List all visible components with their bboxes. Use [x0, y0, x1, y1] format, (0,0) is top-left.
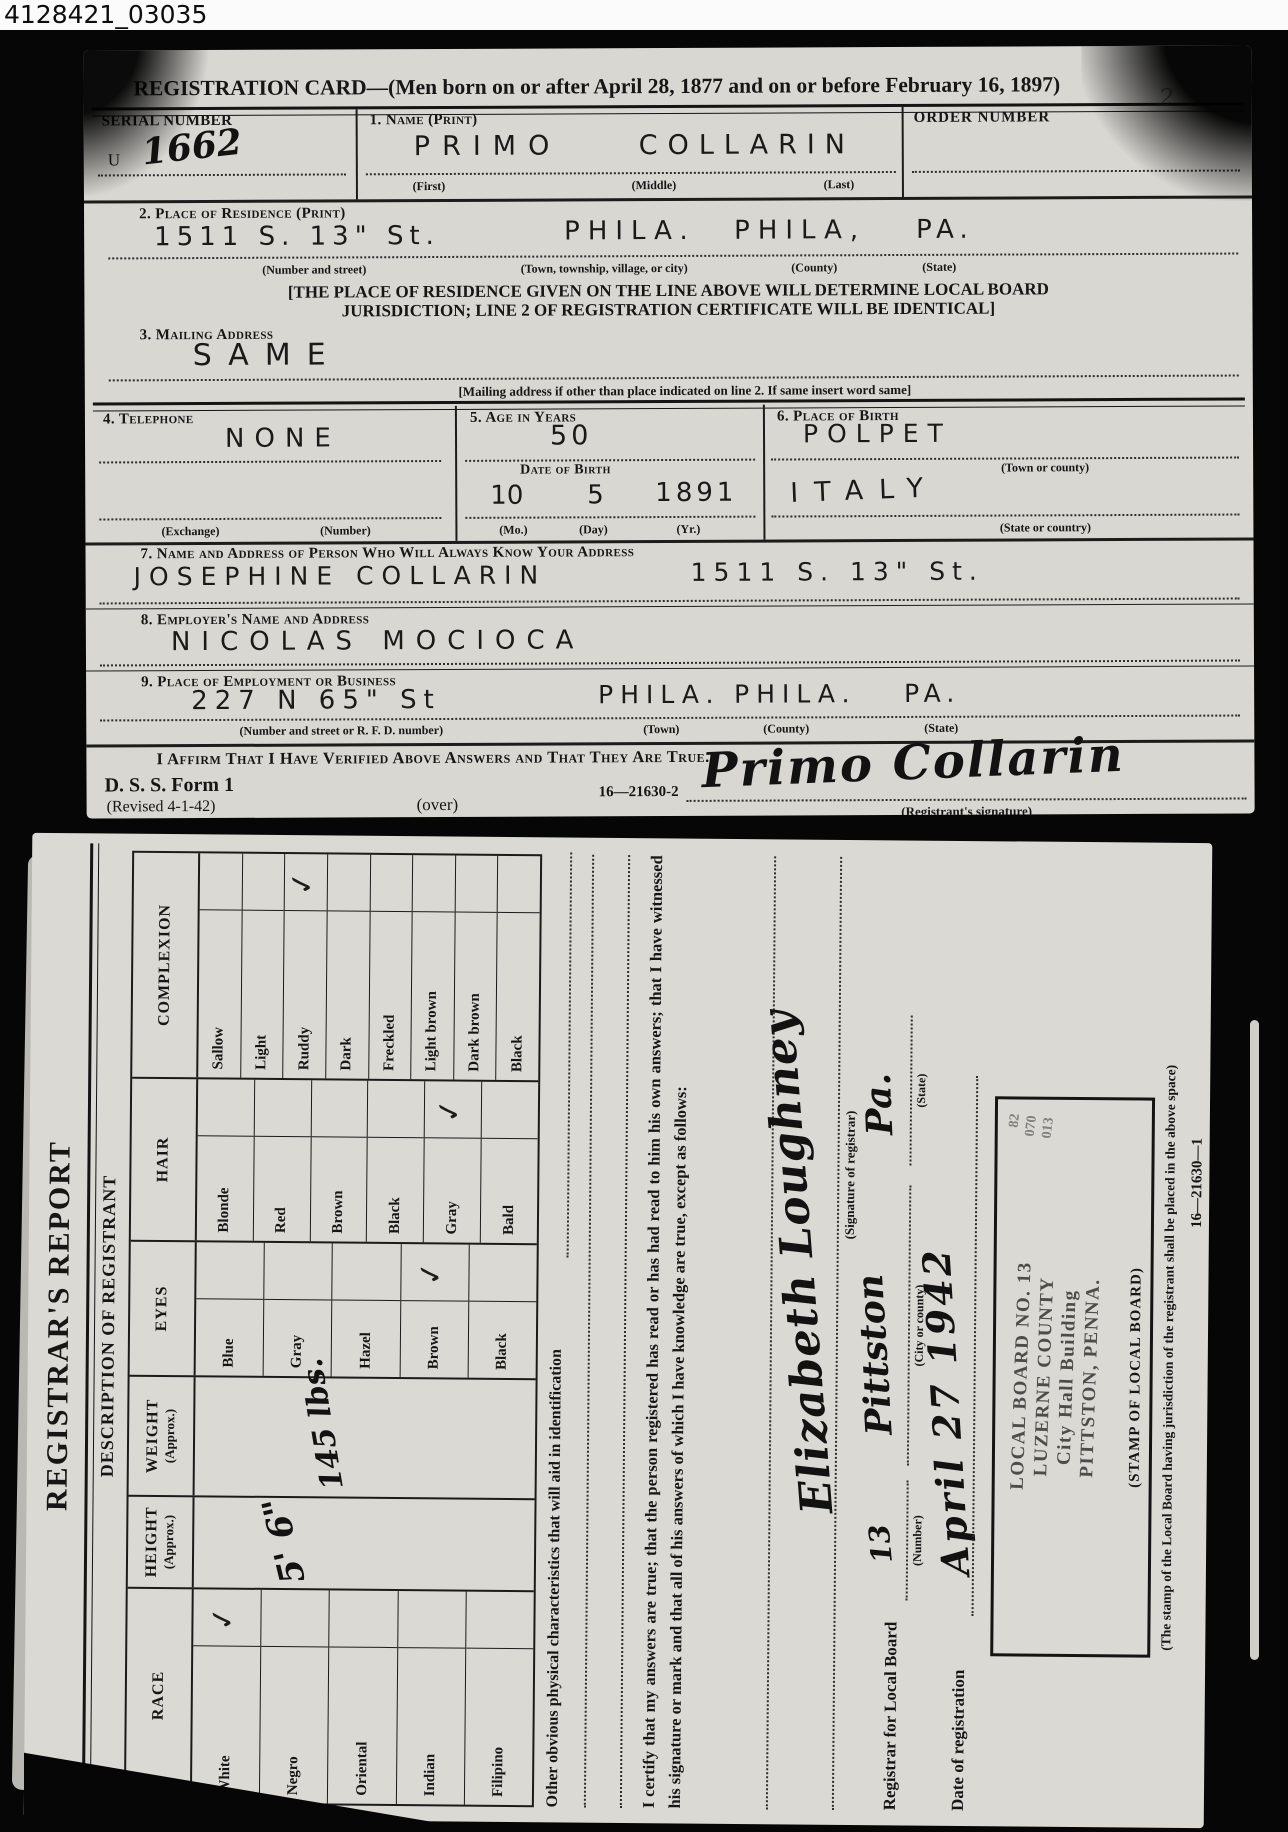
complexion-row-dark: Dark: [326, 854, 371, 1078]
contact-name-value: JOSEPHINE COLLARIN: [134, 561, 547, 592]
caption-county: (County): [744, 260, 884, 276]
registration-state-value: Pa.: [857, 1072, 902, 1136]
dotted-line: [766, 856, 776, 1809]
form-revision: (Revised 4-1-42): [107, 798, 216, 816]
form-number-front: 16—21630-2: [599, 784, 679, 801]
weight-header-text: WEIGHT: [144, 1399, 163, 1474]
caption-year: (Yr.): [643, 522, 733, 537]
dotted-line: [906, 1481, 909, 1601]
hair-row-red: Red: [254, 1080, 312, 1241]
eyes-option-brown: Brown: [400, 1300, 468, 1378]
caption-emp-town: (Town): [611, 722, 711, 737]
contact-address-value: 1511 S. 13" St.: [691, 557, 984, 587]
caption-last: (Last): [784, 177, 894, 192]
scan-burn-corner: [1081, 45, 1254, 201]
hair-row-gray: Gray✓: [424, 1081, 482, 1242]
race-header-text: RACE: [150, 1671, 168, 1720]
registrant-signature: Primo Collarin: [701, 727, 1126, 800]
caption-first: (First): [374, 179, 484, 194]
birth-town-value: POLPET: [803, 419, 952, 449]
dotted-line: [584, 855, 594, 1808]
divider: [86, 665, 1254, 671]
stamp-faint-numbers: 82 070 013: [1005, 1113, 1058, 1140]
telephone-label: 4. Telephone: [103, 411, 194, 428]
complexion-row-black: Black: [497, 856, 541, 1080]
hair-option-blonde: Blonde: [197, 1135, 254, 1240]
jurisdiction-notice-line2: JURISDICTION; LINE 2 OF REGISTRATION CER…: [84, 297, 1252, 322]
description-table: RACE White✓ Negro Oriental Indian Filipi…: [124, 851, 542, 1808]
stamp-number-3: 013: [1039, 1117, 1058, 1140]
complexion-column: COMPLEXION Sallow Light Ruddy✓ Dark Frec…: [132, 853, 540, 1081]
weight-header: WEIGHT (Approx.): [129, 1377, 196, 1496]
dotted-line: [109, 375, 1239, 382]
name-last-value: COLLARIN: [639, 129, 855, 161]
hair-option-bald: Bald: [481, 1138, 538, 1243]
divider: [84, 195, 1252, 203]
caption-emp-county: (County): [726, 721, 846, 737]
dotted-line: [687, 797, 1247, 801]
divider: [93, 397, 1245, 411]
caption-town-or-county: (Town or county): [935, 460, 1155, 476]
residence-street-value: 1511 S. 13" St.: [154, 221, 440, 252]
complexion-option-light: Light: [241, 910, 284, 1078]
mailing-value: SAME: [193, 337, 342, 373]
complexion-option-dark-brown: Dark brown: [454, 912, 497, 1080]
race-option-negro: Negro: [260, 1646, 329, 1804]
race-column: RACE White✓ Negro Oriental Indian Filipi…: [126, 1587, 534, 1806]
divider: [356, 109, 358, 199]
hair-option-gray: Gray: [424, 1137, 481, 1242]
stamp-instruction-note: (The stamp of the Local Board having jur…: [1158, 1048, 1179, 1668]
caption-number: (Number): [280, 523, 410, 539]
complexion-row-freckled: Freckled: [369, 855, 414, 1079]
registrant-signature-caption: (Registrant's signature): [832, 803, 1102, 818]
caption-street-rfd: (Number and street or R. F. D. number): [176, 723, 506, 739]
age-value: 50: [550, 420, 592, 451]
state-caption: (State): [914, 1031, 930, 1151]
registration-city-value: Pittston: [849, 1273, 901, 1436]
dotted-line: [771, 514, 1239, 518]
race-option-white: White: [192, 1645, 261, 1803]
eyes-row-brown: Brown✓: [400, 1244, 469, 1378]
hair-row-brown: Brown: [310, 1080, 368, 1241]
dob-label: Date of Birth: [520, 462, 611, 478]
dob-month-value: 10: [490, 481, 523, 511]
caption-month: (Mo.): [473, 523, 553, 538]
other-characteristics-label: Other obvious physical characteristics t…: [544, 1349, 566, 1808]
eyes-option-blue: Blue: [196, 1298, 264, 1376]
caption-exchange: (Exchange): [120, 524, 260, 540]
eyes-row-gray: Gray: [264, 1243, 333, 1377]
eyes-row-blue: Blue: [196, 1242, 265, 1376]
eyes-header: EYES: [130, 1242, 197, 1376]
weight-approx-caption: (Approx.): [162, 1409, 178, 1463]
registrar-report-rotated-area: REGISTRAR'S REPORT DESCRIPTION OF REGIST…: [24, 833, 1218, 1832]
telephone-value: NONE: [225, 423, 341, 454]
board-number-caption: (Number): [910, 1491, 926, 1591]
dotted-line: [99, 517, 441, 520]
board-number-value: 13: [862, 1523, 899, 1565]
registrar-certification-text: I certify that my answers are true; that…: [636, 855, 696, 1808]
dob-year-value: 1891: [655, 478, 737, 508]
height-approx-caption: (Approx.): [161, 1515, 177, 1569]
local-board-stamp: LOCAL BOARD NO. 13 LUZERNE COUNTY City H…: [1000, 1098, 1111, 1655]
residence-town-value: PHILA.: [564, 216, 696, 247]
check-mark-white: ✓: [204, 1603, 243, 1634]
complexion-option-black: Black: [497, 912, 540, 1080]
height-value: 5' 6": [255, 1493, 314, 1587]
caption-day: (Day): [553, 522, 633, 537]
dotted-line: [465, 516, 755, 519]
employment-town-value: PHILA.: [598, 680, 720, 710]
complexion-row-light: Light: [241, 854, 286, 1078]
employment-county-value: PHILA.: [734, 679, 856, 709]
complexion-row-sallow: Sallow: [198, 853, 243, 1077]
dotted-line: [108, 253, 1238, 260]
dotted-line: [909, 1016, 912, 1166]
dotted-line: [620, 855, 630, 1808]
race-row-indian: Indian: [396, 1591, 466, 1805]
divider: [902, 107, 904, 197]
hair-option-red: Red: [254, 1136, 311, 1241]
race-row-oriental: Oriental: [328, 1590, 398, 1804]
registrar-signature: Elizabeth Loughney: [753, 1008, 843, 1516]
eyes-header-text: EYES: [153, 1286, 171, 1332]
divider: [92, 102, 1244, 116]
weight-column: WEIGHT (Approx.) 145 lbs.: [129, 1375, 536, 1499]
complexion-option-dark: Dark: [326, 910, 369, 1078]
hair-option-brown: Brown: [310, 1136, 367, 1241]
dotted-line: [567, 853, 573, 1258]
form-number-back: 16—21630—1: [1189, 1138, 1207, 1228]
check-mark-ruddy: ✓: [283, 868, 322, 899]
race-option-oriental: Oriental: [328, 1646, 397, 1804]
registrar-report-card: REGISTRAR'S REPORT DESCRIPTION OF REGIST…: [24, 833, 1213, 1828]
caption-town: (Town, township, village, or city): [444, 261, 764, 277]
caption-state-or-country: (State or country): [935, 520, 1155, 536]
eyes-option-gray: Gray: [264, 1299, 332, 1377]
race-row-negro: Negro: [260, 1590, 330, 1804]
scan-burn-corner: [83, 45, 209, 195]
race-header: RACE: [126, 1589, 194, 1803]
residence-state-value: PA.: [916, 215, 974, 245]
local-board-stamp-box: LOCAL BOARD NO. 13 LUZERNE COUNTY City H…: [990, 1096, 1155, 1657]
description-title: DESCRIPTION OF REGISTRANT: [94, 833, 124, 1818]
complexion-header: COMPLEXION: [132, 853, 200, 1078]
caption-state: (State): [874, 260, 1004, 276]
employer-value: NICOLAS MOCIOCA: [171, 625, 585, 657]
check-mark-gray-hair: ✓: [430, 1095, 469, 1126]
race-row-filipino: Filipino: [465, 1592, 534, 1806]
mailing-caption: [Mailing address if other than place ind…: [335, 381, 1035, 400]
dob-day-value: 5: [587, 480, 604, 510]
birth-country-value: ITALY: [790, 472, 940, 509]
hair-column: HAIR Blonde Red Brown Black Gray✓ Bald: [131, 1077, 538, 1244]
eyes-option-hazel: Hazel: [332, 1299, 400, 1377]
complexion-option-light-brown: Light brown: [411, 911, 454, 1079]
complexion-header-text: COMPLEXION: [156, 904, 175, 1026]
divider: [763, 405, 766, 540]
divider: [455, 406, 458, 541]
race-option-indian: Indian: [396, 1647, 465, 1805]
scan-id-label: 4128421_03035: [0, 0, 207, 29]
divider: [86, 603, 1254, 609]
complexion-option-sallow: Sallow: [198, 909, 241, 1077]
hair-header-text: HAIR: [154, 1137, 172, 1183]
hair-row-black: Black: [367, 1081, 425, 1242]
eyes-column: EYES Blue Gray Hazel Brown✓ Black: [130, 1240, 537, 1379]
eyes-row-black: Black: [468, 1245, 536, 1379]
eyes-option-black: Black: [468, 1301, 536, 1379]
residence-county-value: PHILA,: [734, 215, 866, 246]
date-of-registration-label: Date of registration: [948, 1670, 969, 1811]
caption-number-street: (Number and street): [194, 262, 434, 278]
employment-state-value: PA.: [904, 679, 960, 708]
name-label: 1. Name (Print): [370, 112, 478, 129]
height-header: HEIGHT (Approx.): [128, 1497, 195, 1588]
scan-id-bar: 4128421_03035: [0, 0, 1288, 30]
dotted-line: [99, 460, 441, 463]
height-column: HEIGHT (Approx.) 5' 6": [128, 1495, 535, 1591]
height-header-text: HEIGHT: [143, 1506, 162, 1577]
card-title: REGISTRATION CARD—(Men born on or after …: [133, 72, 1233, 102]
complexion-option-ruddy: Ruddy: [283, 910, 326, 1078]
complexion-option-freckled: Freckled: [369, 911, 412, 1079]
board-label: Registrar for Local Board: [880, 1622, 902, 1811]
employment-street-value: 227 N 65" St: [191, 685, 441, 716]
race-option-filipino: Filipino: [465, 1648, 534, 1806]
hair-option-black: Black: [367, 1137, 424, 1242]
card-stack-edge: [1250, 1020, 1259, 1660]
affirmation-text: I Affirm That I Have Verified Above Answ…: [156, 747, 709, 769]
race-row-white: White✓: [192, 1589, 262, 1803]
check-mark-brown-eyes: ✓: [411, 1258, 450, 1289]
form-id: D. S. S. Form 1: [104, 774, 234, 798]
dotted-line: [832, 857, 842, 1810]
divider: [85, 537, 1253, 545]
hair-row-bald: Bald: [481, 1082, 538, 1243]
complexion-row-light-brown: Light brown: [411, 855, 456, 1079]
hair-row-blonde: Blonde: [197, 1079, 255, 1240]
hair-header: HAIR: [131, 1079, 198, 1241]
stamp-box-caption: (STAMP OF LOCAL BOARD): [1125, 1100, 1147, 1654]
dotted-line: [366, 171, 896, 175]
caption-middle: (Middle): [599, 178, 709, 193]
over-note: (over): [417, 795, 459, 815]
eyes-row-hazel: Hazel: [332, 1243, 401, 1377]
order-number-label: ORDER NUMBER: [914, 109, 1051, 127]
registration-card-front: REGISTRATION CARD—(Men born on or after …: [83, 45, 1254, 818]
complexion-row-dark-brown: Dark brown: [454, 856, 499, 1080]
name-first-value: PRIMO: [414, 130, 562, 162]
complexion-row-ruddy: Ruddy✓: [283, 854, 328, 1078]
report-title: REGISTRAR'S REPORT: [38, 833, 81, 1818]
